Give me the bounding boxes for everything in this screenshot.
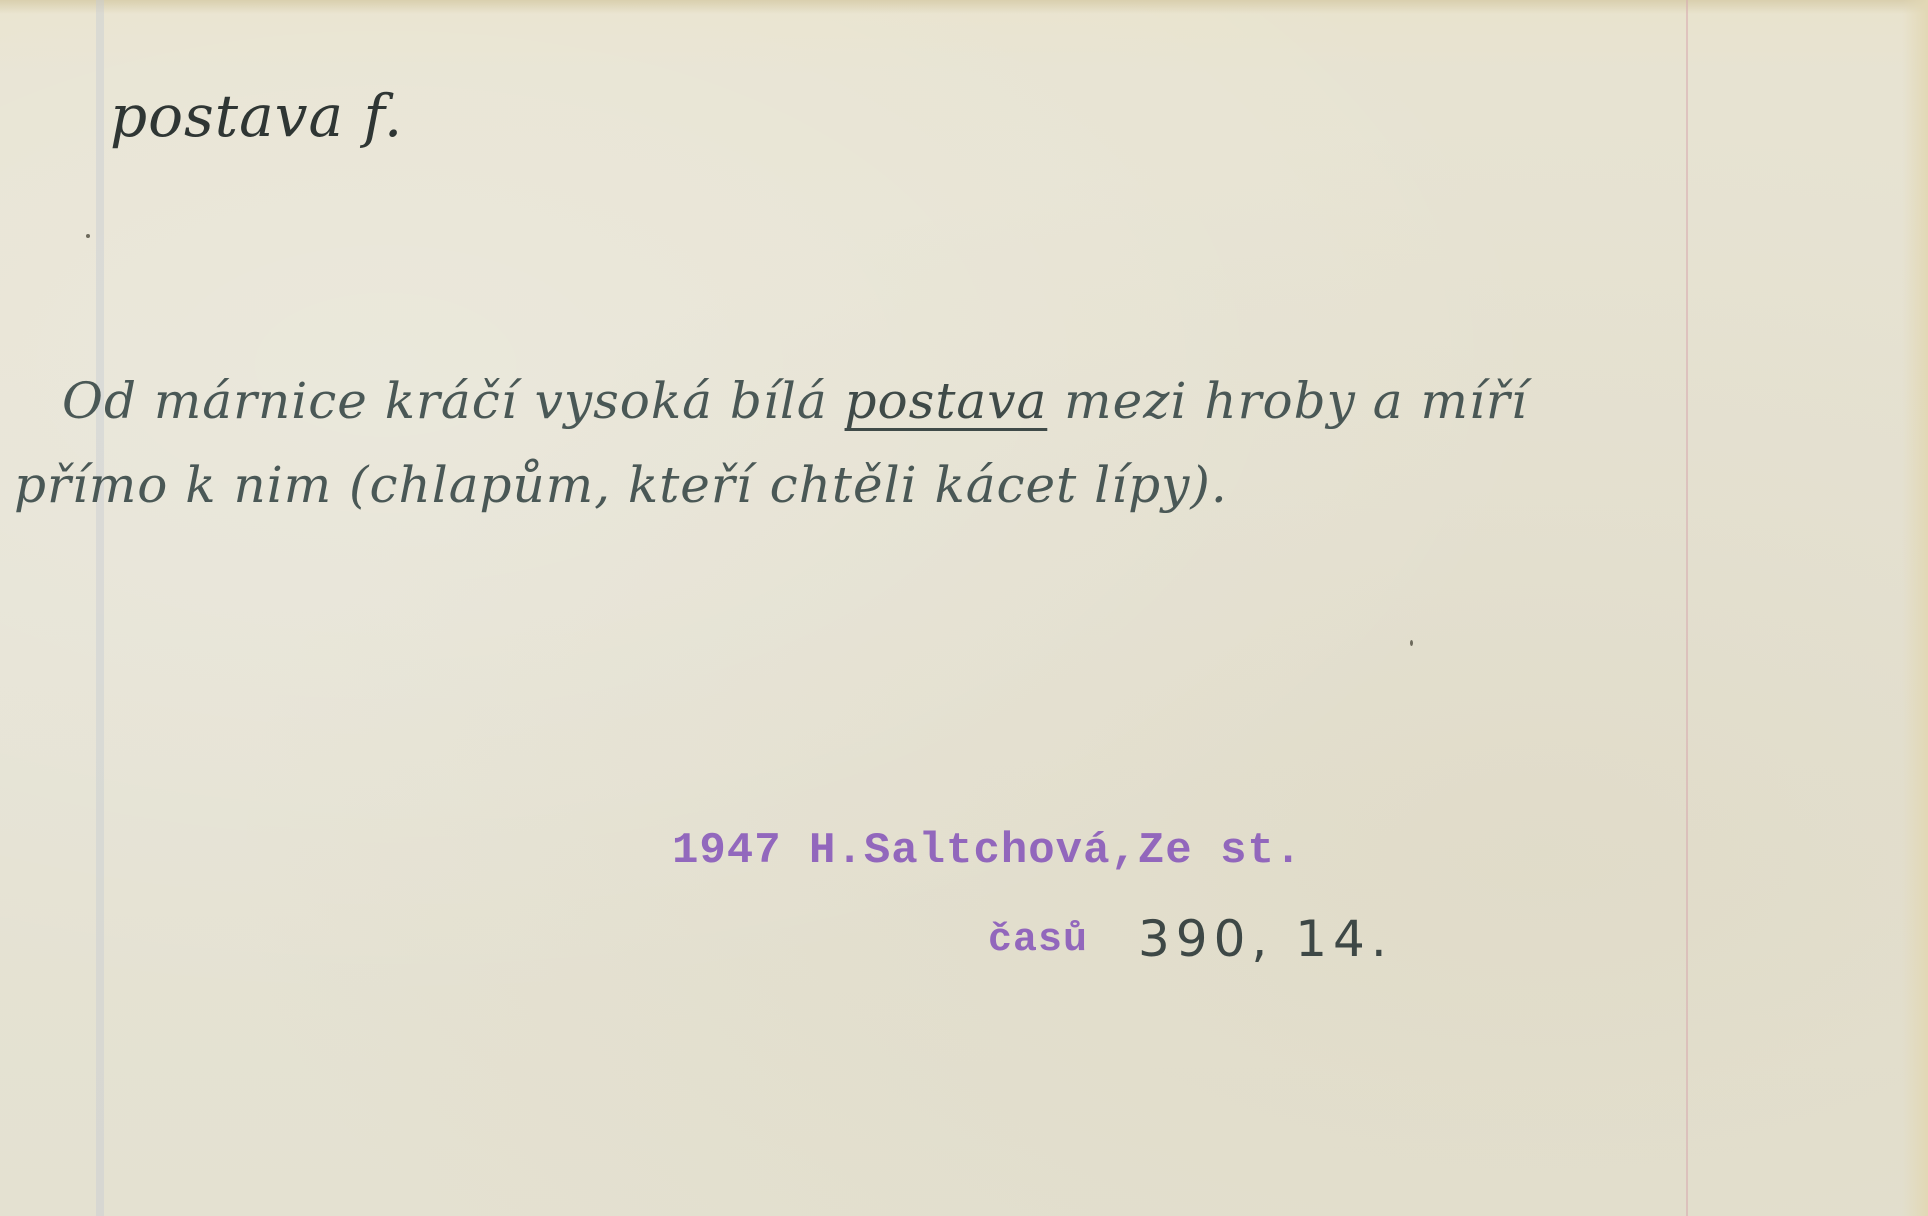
source-stamp-line-2: časů	[988, 918, 1088, 963]
example-text: mezi hroby a míří	[1047, 372, 1527, 430]
example-line-1: Od márnice kráčí vysoká bílá postava mez…	[62, 372, 1528, 430]
example-line-2: přímo k nim (chlapům, kteří chtěli kácet…	[14, 456, 1228, 514]
paper-speck	[1410, 640, 1413, 646]
source-stamp-line-1: 1947 H.Saltchová,Ze st.	[672, 826, 1302, 876]
headword: postava f.	[110, 82, 403, 150]
page-reference: 390, 14.	[1138, 910, 1393, 968]
underlined-headword: postava	[845, 372, 1048, 430]
paper-speck	[86, 234, 90, 238]
index-card: postava f. Od márnice kráčí vysoká bílá …	[0, 0, 1928, 1216]
example-text: Od márnice kráčí vysoká bílá	[62, 372, 845, 430]
right-margin-rule	[1686, 0, 1688, 1216]
left-margin-rule	[96, 0, 104, 1216]
